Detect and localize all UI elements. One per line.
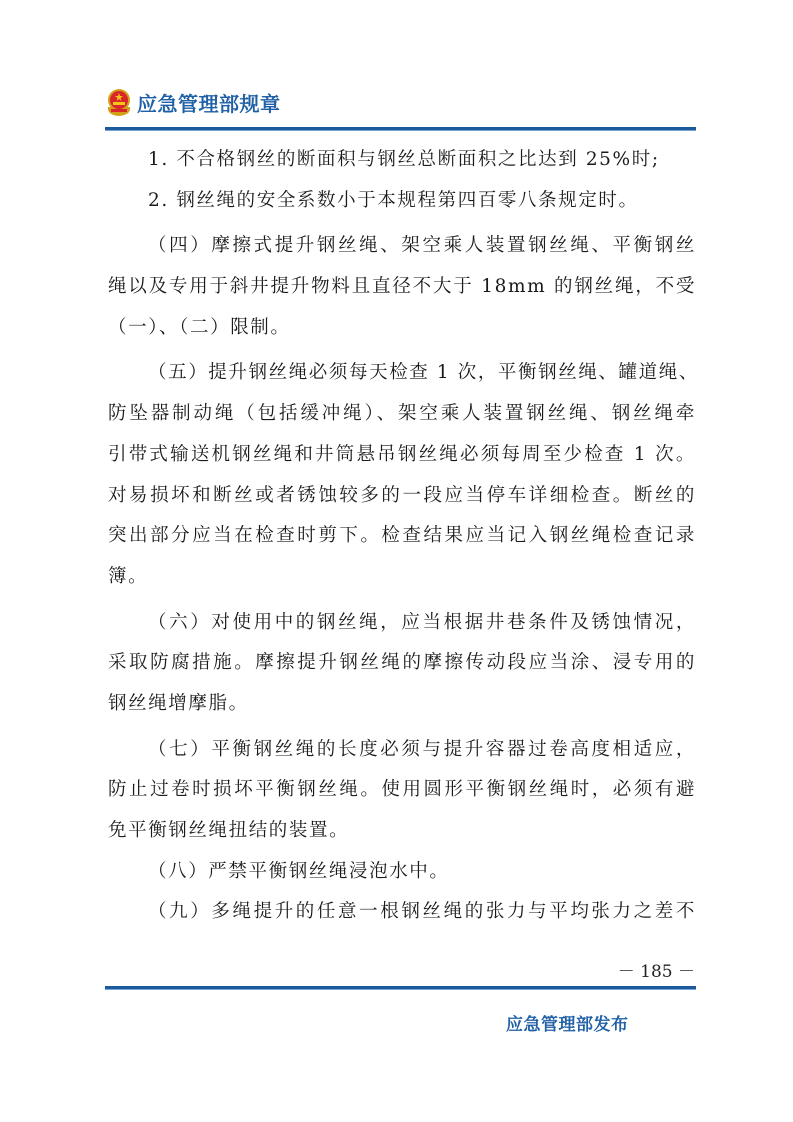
text-line: （七）平衡钢丝绳的长度必须与提升容器过卷高度相适应， — [108, 730, 696, 771]
text-line: （九）多绳提升的任意一根钢丝绳的张力与平均张力之差不 — [108, 892, 696, 933]
text-line: 钢丝绳增摩脂。 — [108, 684, 696, 725]
text-line: 对易损坏和断丝或者锈蚀较多的一段应当停车详细检查。断丝的 — [108, 476, 696, 517]
text-line: 免平衡钢丝绳扭结的装置。 — [108, 811, 696, 852]
header-title: 应急管理部规章 — [137, 88, 281, 117]
header-divider — [105, 127, 696, 131]
text-line: 防止过卷时损坏平衡钢丝绳。使用圆形平衡钢丝绳时，必须有避 — [108, 770, 696, 811]
text-line: 引带式输送机钢丝绳和井筒悬吊钢丝绳必须每周至少检查 1 次。 — [108, 435, 696, 476]
text-line: 1. 不合格钢丝的断面积与钢丝总断面积之比达到 25%时; — [108, 140, 696, 181]
national-emblem-icon — [105, 87, 133, 117]
text-line: 防坠器制动绳（包括缓冲绳）、架空乘人装置钢丝绳、钢丝绳牵 — [108, 394, 696, 435]
footer-publisher: 应急管理部发布 — [506, 1010, 629, 1035]
text-line: 突出部分应当在检查时剪下。检查结果应当记入钢丝绳检查记录 — [108, 516, 696, 557]
text-line: 绳以及专用于斜井提升物料且直径不大于 18mm 的钢丝绳，不受 — [108, 267, 696, 308]
text-line: （一）、（二）限制。 — [108, 308, 696, 349]
text-line: （六）对使用中的钢丝绳，应当根据井巷条件及锈蚀情况， — [108, 603, 696, 644]
text-line: （五）提升钢丝绳必须每天检查 1 次，平衡钢丝绳、罐道绳、 — [108, 353, 696, 394]
text-line: （八）严禁平衡钢丝绳浸泡水中。 — [108, 852, 696, 893]
text-line: （四）摩擦式提升钢丝绳、架空乘人装置钢丝绳、平衡钢丝 — [108, 226, 696, 267]
page-number: － 185 － — [615, 957, 695, 982]
text-line: 簿。 — [108, 557, 696, 598]
text-line: 采取防腐措施。摩擦提升钢丝绳的摩擦传动段应当涂、浸专用的 — [108, 643, 696, 684]
text-line: 2. 钢丝绳的安全系数小于本规程第四百零八条规定时。 — [108, 181, 696, 222]
document-body: 1. 不合格钢丝的断面积与钢丝总断面积之比达到 25%时;2. 钢丝绳的安全系数… — [108, 140, 696, 933]
footer-divider — [105, 986, 696, 990]
page-header: 应急管理部规章 — [105, 84, 281, 120]
